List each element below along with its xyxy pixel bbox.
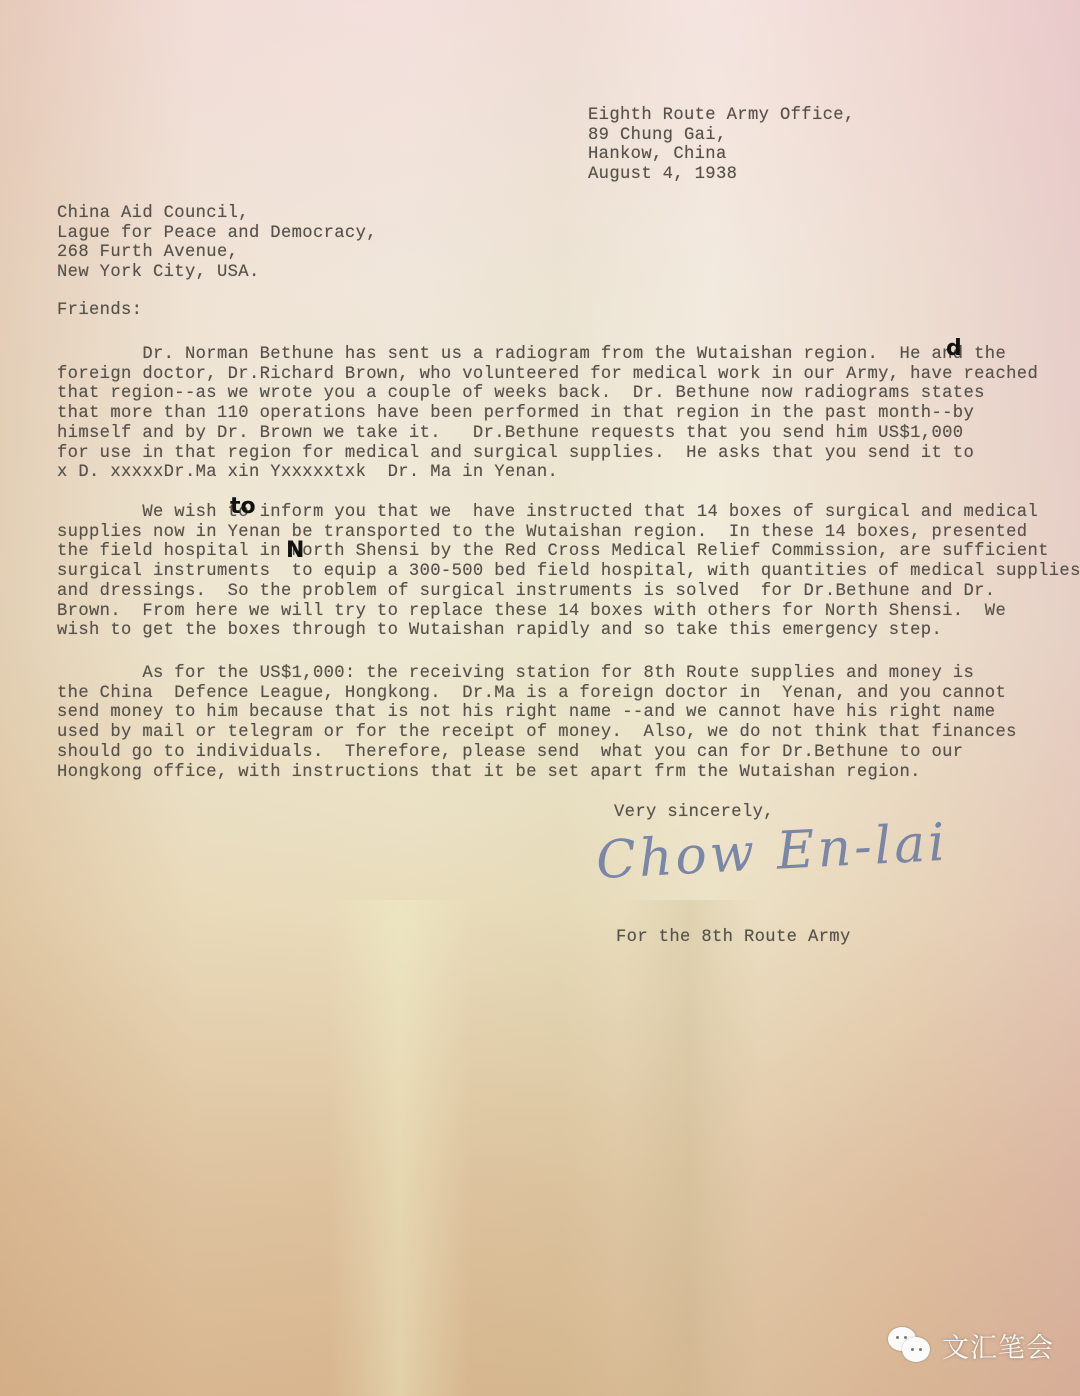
recipient-line: 268 Furth Avenue, bbox=[57, 243, 377, 263]
pen-correction-to: to bbox=[230, 494, 256, 519]
recipient-line: New York City, USA. bbox=[57, 263, 377, 283]
pen-correction-and: d bbox=[946, 336, 962, 361]
watermark-text: 文汇笔会 bbox=[942, 1326, 1054, 1365]
recipient-address: China Aid Council, Lague for Peace and D… bbox=[57, 204, 377, 283]
signature-title-text: For the 8th Route Army bbox=[616, 928, 851, 948]
body-line: the field hospital in North Shensi by th… bbox=[57, 542, 1080, 562]
body-line: himself and by Dr. Brown we take it. Dr.… bbox=[57, 424, 1038, 444]
letterhead-line: Hankow, China bbox=[588, 145, 855, 165]
body-line: Brown. From here we will try to replace … bbox=[57, 602, 1080, 622]
body-line: supplies now in Yenan be transported to … bbox=[57, 523, 1080, 543]
body-line: surgical instruments to equip a 300-500 … bbox=[57, 562, 1080, 582]
body-line: and dressings. So the problem of surgica… bbox=[57, 582, 1080, 602]
struck-through-line: x D. xxxxxDr.Ma xin Yxxxxxtxk Dr. Ma in … bbox=[57, 463, 1038, 483]
letterhead: Eighth Route Army Office, 89 Chung Gai, … bbox=[588, 106, 855, 185]
body-line: wish to get the boxes through to Wutaish… bbox=[57, 621, 1080, 641]
closing-text: Very sincerely, bbox=[614, 803, 774, 823]
body-line: foreign doctor, Dr.Richard Brown, who vo… bbox=[57, 365, 1038, 385]
body-line: that region--as we wrote you a couple of… bbox=[57, 384, 1038, 404]
closing: Very sincerely, bbox=[614, 803, 774, 823]
paragraph-3: As for the US$1,000: the receiving stati… bbox=[57, 664, 1017, 782]
body-line: the China Defence League, Hongkong. Dr.M… bbox=[57, 684, 1017, 704]
handwritten-signature: Chow En-lai bbox=[595, 813, 950, 891]
body-line: send money to him because that is not hi… bbox=[57, 703, 1017, 723]
paragraph-2: We wish to inform you that we have instr… bbox=[57, 503, 1080, 641]
pen-correction-north: N bbox=[286, 538, 304, 563]
paper-fold-highlight bbox=[330, 900, 470, 1396]
body-line: As for the US$1,000: the receiving stati… bbox=[57, 664, 1017, 684]
signature-title: For the 8th Route Army bbox=[616, 928, 851, 948]
paper-fold-shadow bbox=[620, 900, 760, 1396]
body-line: We wish to inform you that we have instr… bbox=[57, 503, 1080, 523]
recipient-line: China Aid Council, bbox=[57, 204, 377, 224]
body-line: Dr. Norman Bethune has sent us a radiogr… bbox=[57, 345, 1038, 365]
body-line: for use in that region for medical and s… bbox=[57, 444, 1038, 464]
salutation-text: Friends: bbox=[57, 301, 142, 321]
body-line: used by mail or telegram or for the rece… bbox=[57, 723, 1017, 743]
letterhead-line: Eighth Route Army Office, bbox=[588, 106, 855, 126]
salutation: Friends: bbox=[57, 301, 142, 321]
letterhead-line: 89 Chung Gai, bbox=[588, 126, 855, 146]
watermark: 文汇笔会 bbox=[888, 1325, 1054, 1365]
recipient-line: Lague for Peace and Democracy, bbox=[57, 224, 377, 244]
paragraph-1: Dr. Norman Bethune has sent us a radiogr… bbox=[57, 345, 1038, 483]
body-line: Hongkong office, with instructions that … bbox=[57, 763, 1017, 783]
body-line: should go to individuals. Therefore, ple… bbox=[57, 743, 1017, 763]
body-line: that more than 110 operations have been … bbox=[57, 404, 1038, 424]
wechat-icon bbox=[888, 1325, 934, 1365]
letterhead-line: August 4, 1938 bbox=[588, 165, 855, 185]
